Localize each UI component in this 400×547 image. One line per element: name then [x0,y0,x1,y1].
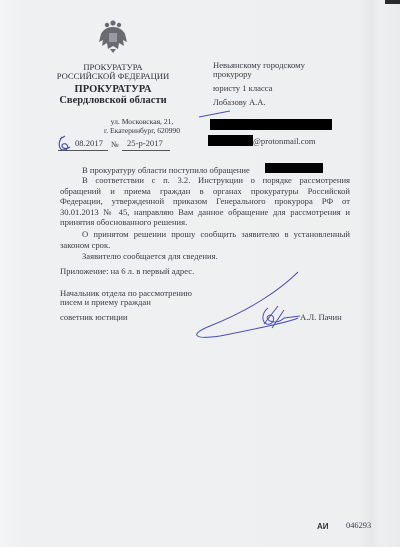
form-serial-number: 046293 [346,521,371,532]
letter-date: 08.2017 [75,138,103,149]
redacted-email-user [208,135,253,146]
redacted-recipient [210,119,332,130]
form-series: АИ [317,522,329,531]
attachment-note: Приложение: на 6 л. в первый адрес. [60,266,194,277]
coat-of-arms-icon [97,20,129,54]
scan-edge [385,0,400,4]
letter-number: 25-р-2017 [127,138,163,149]
recipient-line3: юристу 1 класса [213,84,273,93]
body-p2-line2: обращений и приема граждан в органах про… [60,186,350,197]
body-p2-last: принятия обоснованного решения. [60,217,187,228]
signer-title-line2: писем и приему граждан [60,298,151,307]
recipient-line4: Лобазову А.А. [213,98,266,107]
body-p2-line3: Федерации, утвержденной приказом Генерал… [60,196,350,207]
signer-name: А.Л. Пачин [300,312,342,323]
org-name-line2: РОССИЙСКОЙ ФЕДЕРАЦИИ [43,72,183,82]
body-paragraph-4: Заявителю сообщается для сведения. [82,251,218,262]
address-line1: ул. Московская, 21, [72,117,212,126]
dept-name-line1: ПРОКУРАТУРА [43,84,183,96]
recipient-line2: прокурору [213,70,252,79]
recipient-email-domain: @protonmail.com [253,137,316,146]
body-p2-line1: В соответствии с п. 3.2. Инструкции о по… [82,175,350,186]
pen-stroke [198,109,234,119]
date-underline [58,150,108,151]
signature-stroke [180,270,305,342]
dept-name-line2: Свердловской области [43,95,183,107]
body-p3-line1: О принятом решении прошу сообщить заявит… [82,229,350,240]
signer-rank: советник юстиции [60,312,128,323]
number-label: № [111,140,119,151]
number-underline [122,150,170,151]
redacted-sender [265,163,323,173]
document-page: ПРОКУРАТУРА РОССИЙСКОЙ ФЕДЕРАЦИИ ПРОКУРА… [0,0,400,547]
body-paragraph-1: В прокуратуру области поступило обращени… [82,165,250,176]
body-p3-last: законом срок. [60,240,110,251]
address-line2: г. Екатеринбург, 620990 [72,126,212,135]
body-p2-line4: 30.01.2013 № 45, направляю Вам данное об… [60,207,350,218]
